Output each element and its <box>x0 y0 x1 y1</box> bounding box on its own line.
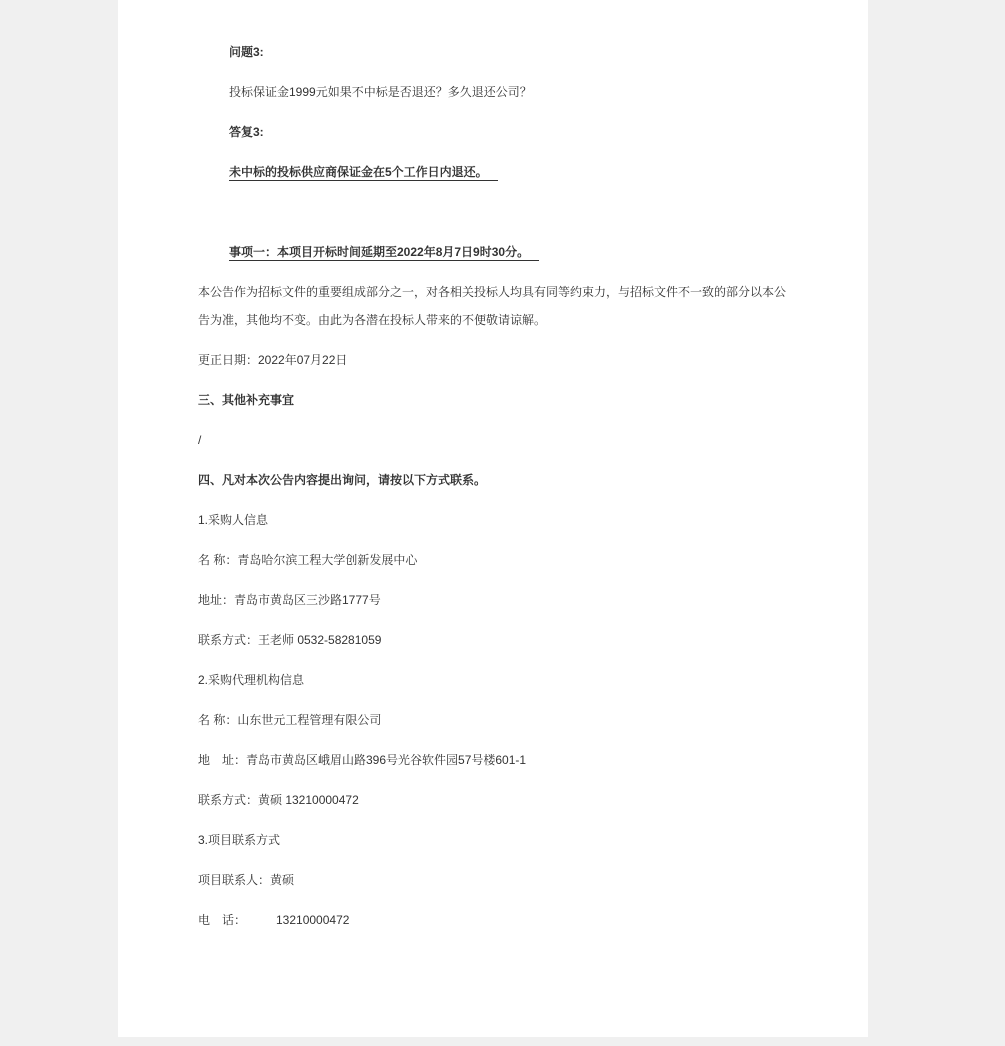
answer3-text: 未中标的投标供应商保证金在5个工作日内退还。 <box>198 158 788 186</box>
agency-address: 地 址：青岛市黄岛区峨眉山路396号光谷软件园57号楼601-1 <box>198 746 788 774</box>
announcement-document-card: 问题3: 投标保证金1999元如果不中标是否退还？多久退还公司？ 答复3: 未中… <box>118 0 868 1037</box>
correction-date: 更正日期：2022年07月22日 <box>198 346 788 374</box>
project-contact-heading: 3.项目联系方式 <box>198 826 788 854</box>
correction-item1-underlined-text: 事项一：本项目开标时间延期至2022年8月7日9时30分。 <box>229 245 539 261</box>
question3-text: 投标保证金1999元如果不中标是否退还？多久退还公司？ <box>198 78 788 106</box>
purchaser-address: 地址：青岛市黄岛区三沙路1777号 <box>198 586 788 614</box>
section4-heading: 四、凡对本次公告内容提出询问，请按以下方式联系。 <box>198 466 788 494</box>
correction-item1: 事项一：本项目开标时间延期至2022年8月7日9时30分。 <box>198 238 788 266</box>
spacer-paragraph <box>198 198 788 226</box>
section3-content: / <box>198 426 788 454</box>
agency-info-heading: 2.采购代理机构信息 <box>198 666 788 694</box>
question3-label: 问题3: <box>198 38 788 66</box>
announcement-content: 问题3: 投标保证金1999元如果不中标是否退还？多久退还公司？ 答复3: 未中… <box>118 0 868 934</box>
section3-heading: 三、其他补充事宜 <box>198 386 788 414</box>
page-background: 问题3: 投标保证金1999元如果不中标是否退还？多久退还公司？ 答复3: 未中… <box>0 0 1005 1046</box>
project-phone: 电 话： 13210000472 <box>198 906 788 934</box>
agency-name: 名 称：山东世元工程管理有限公司 <box>198 706 788 734</box>
agency-contact: 联系方式：黄硕 13210000472 <box>198 786 788 814</box>
purchaser-name: 名 称：青岛哈尔滨工程大学创新发展中心 <box>198 546 788 574</box>
purchaser-contact: 联系方式：王老师 0532-58281059 <box>198 626 788 654</box>
answer3-underlined-text: 未中标的投标供应商保证金在5个工作日内退还。 <box>229 165 498 181</box>
answer3-label: 答复3: <box>198 118 788 146</box>
correction-statement: 本公告作为招标文件的重要组成部分之一，对各相关投标人均具有同等约束力，与招标文件… <box>198 278 788 334</box>
project-contact-person: 项目联系人：黄硕 <box>198 866 788 894</box>
purchaser-info-heading: 1.采购人信息 <box>198 506 788 534</box>
